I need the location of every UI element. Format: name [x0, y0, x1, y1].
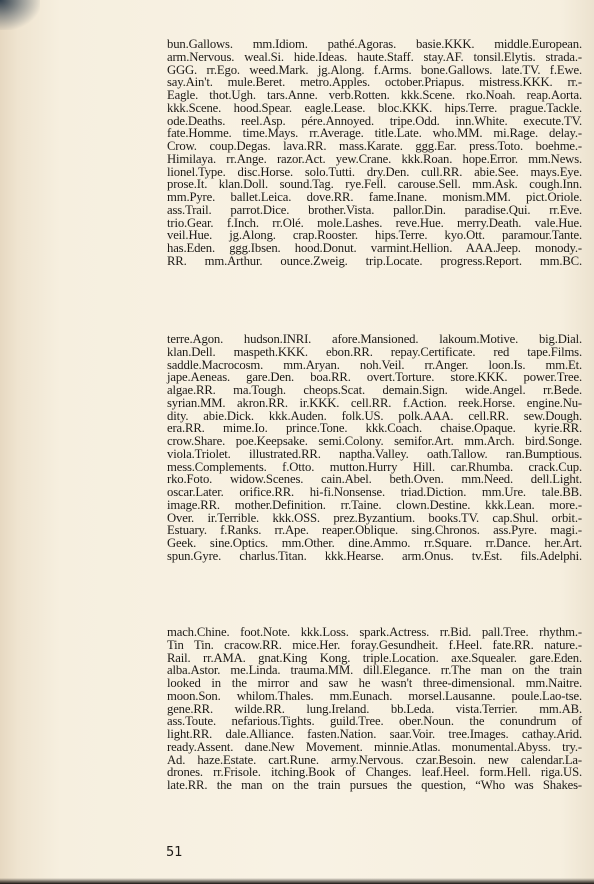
page-number: 51 [166, 845, 183, 860]
text-line: Himilaya. rr.Ange. razor.Act. yew.Crane.… [167, 153, 582, 166]
text-line: ready.Assent. dane.New Movement. minnie.… [167, 741, 582, 754]
text-line: viola.Triolet. illustrated.RR. naptha.Va… [167, 448, 582, 461]
text-line: mach.Chine. foot.Note. kkk.Loss. spark.A… [167, 626, 582, 639]
text-line: crow.Share. poe.Keepsake. semi.Colony. s… [167, 435, 582, 448]
text-line: Eagle. thot.Ugh. tars.Anne. verb.Rotten.… [167, 89, 582, 102]
text-line: bun.Gallows. mm.Idiom. pathé.Agoras. bas… [167, 38, 582, 51]
text-line: terre.Agon. hudson.INRI. afore.Mansioned… [167, 333, 582, 346]
scan-bottom-edge [0, 878, 594, 884]
text-line: kkk.Scene. hood.Spear. eagle.Lease. bloc… [167, 102, 582, 115]
text-line: algae.RR. ma.Tough. cheops.Scat. demain.… [167, 384, 582, 397]
text-line: ass.Trail. parrot.Dice. brother.Vista. p… [167, 204, 582, 217]
text-line: klan.Dell. maspeth.KKK. ebon.RR. repay.C… [167, 346, 582, 359]
text-line: looked in the mirror and saw he wasn't t… [167, 677, 582, 690]
text-line: has.Eden. ggg.Ibsen. hood.Donut. varmint… [167, 242, 582, 255]
text-line: RR. mm.Arthur. ounce.Zweig. trip.Locate.… [167, 255, 582, 268]
text-line: syrian.MM. akron.RR. ir.KKK. cell.RR. f.… [167, 397, 582, 410]
text-line: oscar.Later. orifice.RR. hi-fi.Nonsense.… [167, 486, 582, 499]
text-line: moon.Son. whilom.Thales. mm.Eunach. mors… [167, 690, 582, 703]
paragraph-3: mach.Chine. foot.Note. kkk.Loss. spark.A… [167, 626, 582, 792]
text-line: mm.Pyre. ballet.Leica. dove.RR. fame.Ina… [167, 191, 582, 204]
text-line: spun.Gyre. charlus.Titan. kkk.Hearse. ar… [167, 550, 582, 563]
text-line: image.RR. mother.Definition. rr.Taine. c… [167, 499, 582, 512]
book-page: bun.Gallows. mm.Idiom. pathé.Agoras. bas… [0, 0, 594, 884]
paragraph-2: terre.Agon. hudson.INRI. afore.Mansioned… [167, 333, 582, 563]
text-line: arm.Nervous. weal.Si. hide.Ideas. haute.… [167, 51, 582, 64]
text-line: Tin Tin. cracow.RR. mice.Her. foray.Gesu… [167, 639, 582, 652]
text-line: light.RR. dale.Alliance. fasten.Nation. … [167, 728, 582, 741]
text-line: Geek. sine.Optics. mm.Other. dine.Ammo. … [167, 537, 582, 550]
scan-shadow [0, 0, 40, 30]
text-line: late.RR. the man on the train pursues th… [167, 779, 582, 792]
text-line: Crow. coup.Degas. lava.RR. mass.Karate. … [167, 140, 582, 153]
paragraph-1: bun.Gallows. mm.Idiom. pathé.Agoras. bas… [167, 38, 582, 268]
